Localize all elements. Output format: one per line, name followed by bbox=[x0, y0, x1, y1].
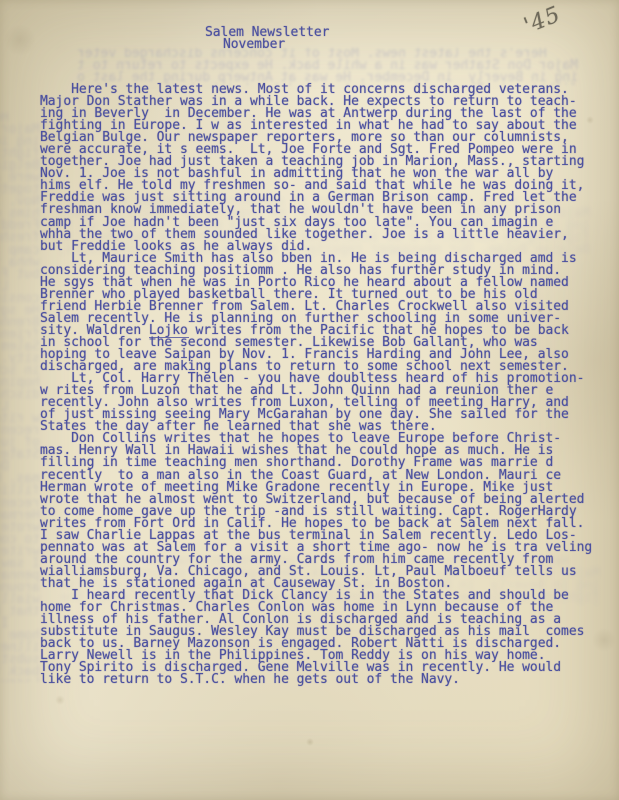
bleed-through-text-top: Here's the latest news. Most of it conce… bbox=[78, 48, 578, 85]
newsletter-scanned-page: Here's the latest news. Most of it conce… bbox=[0, 0, 619, 800]
page-subtitle: November bbox=[223, 39, 285, 51]
handwritten-year-note: '45 bbox=[521, 2, 565, 39]
newsletter-body: Here's the latest news. Most of it conce… bbox=[40, 84, 592, 686]
bleed-through-text-left-margin: Here's the latest news. Most of it conce… bbox=[0, 112, 40, 682]
lojko-underline bbox=[149, 337, 189, 338]
